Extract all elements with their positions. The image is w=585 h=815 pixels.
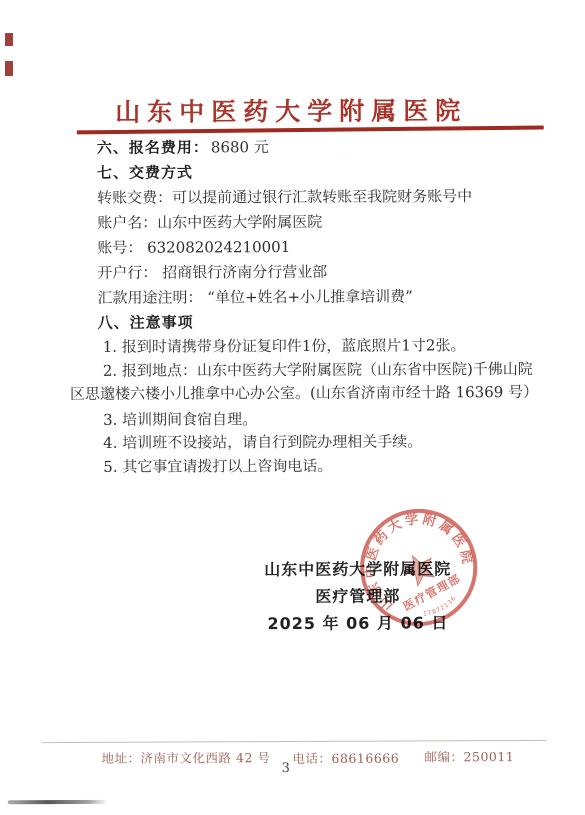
document-body: 六、报名费用：8680 元 七、交费方式 转账交费：可以提前通过银行汇款转账至我… bbox=[69, 134, 539, 479]
payment-line-remark: 汇款用途注明： “单位+姓名+小儿推拿培训费” bbox=[69, 284, 538, 311]
payment-line-account-name: 账户名：山东中医药大学附属医院 bbox=[69, 209, 538, 236]
footer-postal-code: 邮编：250011 bbox=[424, 747, 514, 765]
fee-line: 六、报名费用：8680 元 bbox=[69, 134, 538, 161]
signature-org: 山东中医药大学附属医院 bbox=[262, 555, 454, 583]
payment-section-heading: 七、交费方式 bbox=[69, 159, 538, 186]
scanned-document-page: 山东中医药大学附属医院 六、报名费用：8680 元 七、交费方式 转账交费：可以… bbox=[0, 0, 585, 815]
footer-phone: 电话：68616666 bbox=[292, 749, 399, 767]
signature-dept: 医疗管理部 bbox=[262, 582, 454, 610]
note-item-4: 4. 培训班不设接站，请自行到院办理相关手续。 bbox=[70, 430, 539, 456]
signature-block: 山东中医药大学附属医院 医疗管理部 2025 年 06 月 06 日 bbox=[262, 555, 454, 637]
page-number: 3 bbox=[282, 761, 290, 776]
notes-section-heading: 八、注意事项 bbox=[70, 309, 539, 336]
payment-line-account-number: 账号： 632082024210001 bbox=[69, 234, 538, 261]
signature-date: 2025 年 06 月 06 日 bbox=[262, 609, 454, 637]
note-item-2: 2. 报到地点：山东中医药大学附属医院（山东省中医院)千佛山院区思邈楼六楼小儿推… bbox=[70, 357, 539, 406]
payment-line-bank: 开户行： 招商银行济南分行营业部 bbox=[69, 259, 538, 286]
note-item-1: 1. 报到时请携带身份证复印件1份，蓝底照片1寸2张。 bbox=[70, 334, 539, 360]
fee-label: 六、报名费用： bbox=[97, 138, 209, 156]
footer-rule bbox=[41, 740, 546, 743]
scan-smudge-artifact bbox=[8, 800, 108, 804]
footer-address: 地址：济南市文化西路 42 号 bbox=[101, 748, 270, 767]
payment-line-transfer: 转账交费：可以提前通过银行汇款转账至我院财务账号中 bbox=[69, 184, 538, 211]
note-item-5: 5. 其它事宜请拨打以上咨询电话。 bbox=[70, 453, 539, 479]
fee-value: 8680 元 bbox=[211, 138, 269, 156]
letterhead-title: 山东中医药大学附属医院 bbox=[0, 91, 584, 130]
note-item-3: 3. 培训期间食宿自理。 bbox=[70, 406, 539, 432]
